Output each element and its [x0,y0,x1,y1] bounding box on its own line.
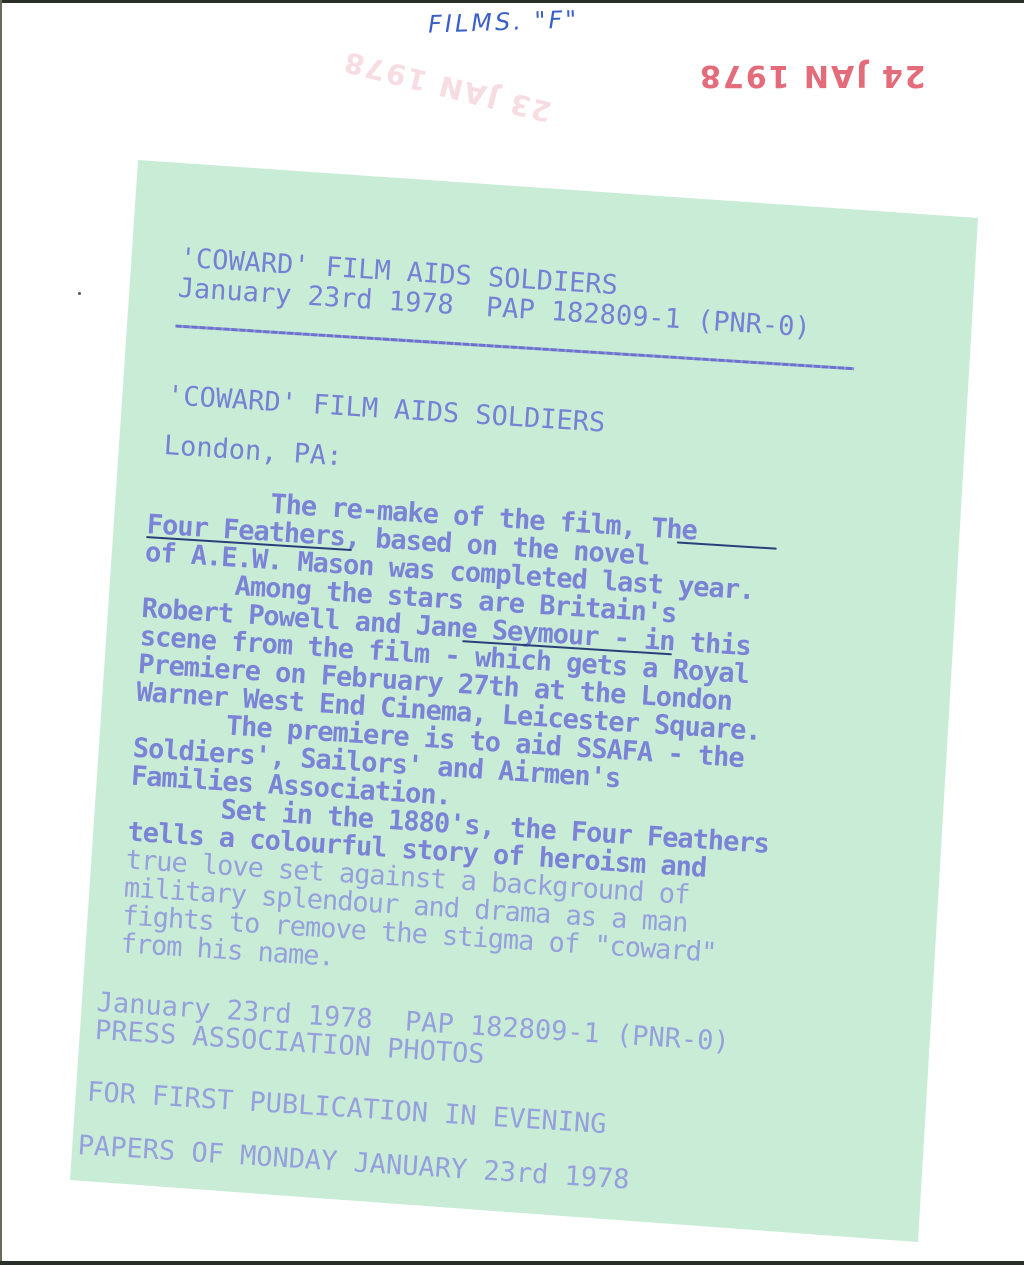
received-date-stamp: 24 JAN 1978 [698,58,926,93]
photo-border-bottom [0,1261,1024,1265]
handwritten-category-note: FILMS. "F" [428,5,580,38]
embargo-line-1: FOR FIRST PUBLICATION IN EVENING [86,1079,607,1140]
caption-slip: 'COWARD' FILM AIDS SOLDIERS January 23rd… [0,0,1024,1265]
headline: 'COWARD' FILM AIDS SOLDIERS [166,382,606,438]
photo-border-top [0,0,1024,3]
embargo-line-2: PAPERS OF MONDAY JANUARY 23rd 1978 [77,1132,630,1195]
faint-date-stamp: 23 JAN 1978 [339,45,555,129]
speck [78,292,81,295]
photo-border-left [0,0,2,1265]
caption-body: The re-make of the film, The Four Feathe… [108,188,966,242]
typed-caption: 'COWARD' FILM AIDS SOLDIERS January 23rd… [43,188,966,1265]
dateline: London, PA: [163,432,343,471]
